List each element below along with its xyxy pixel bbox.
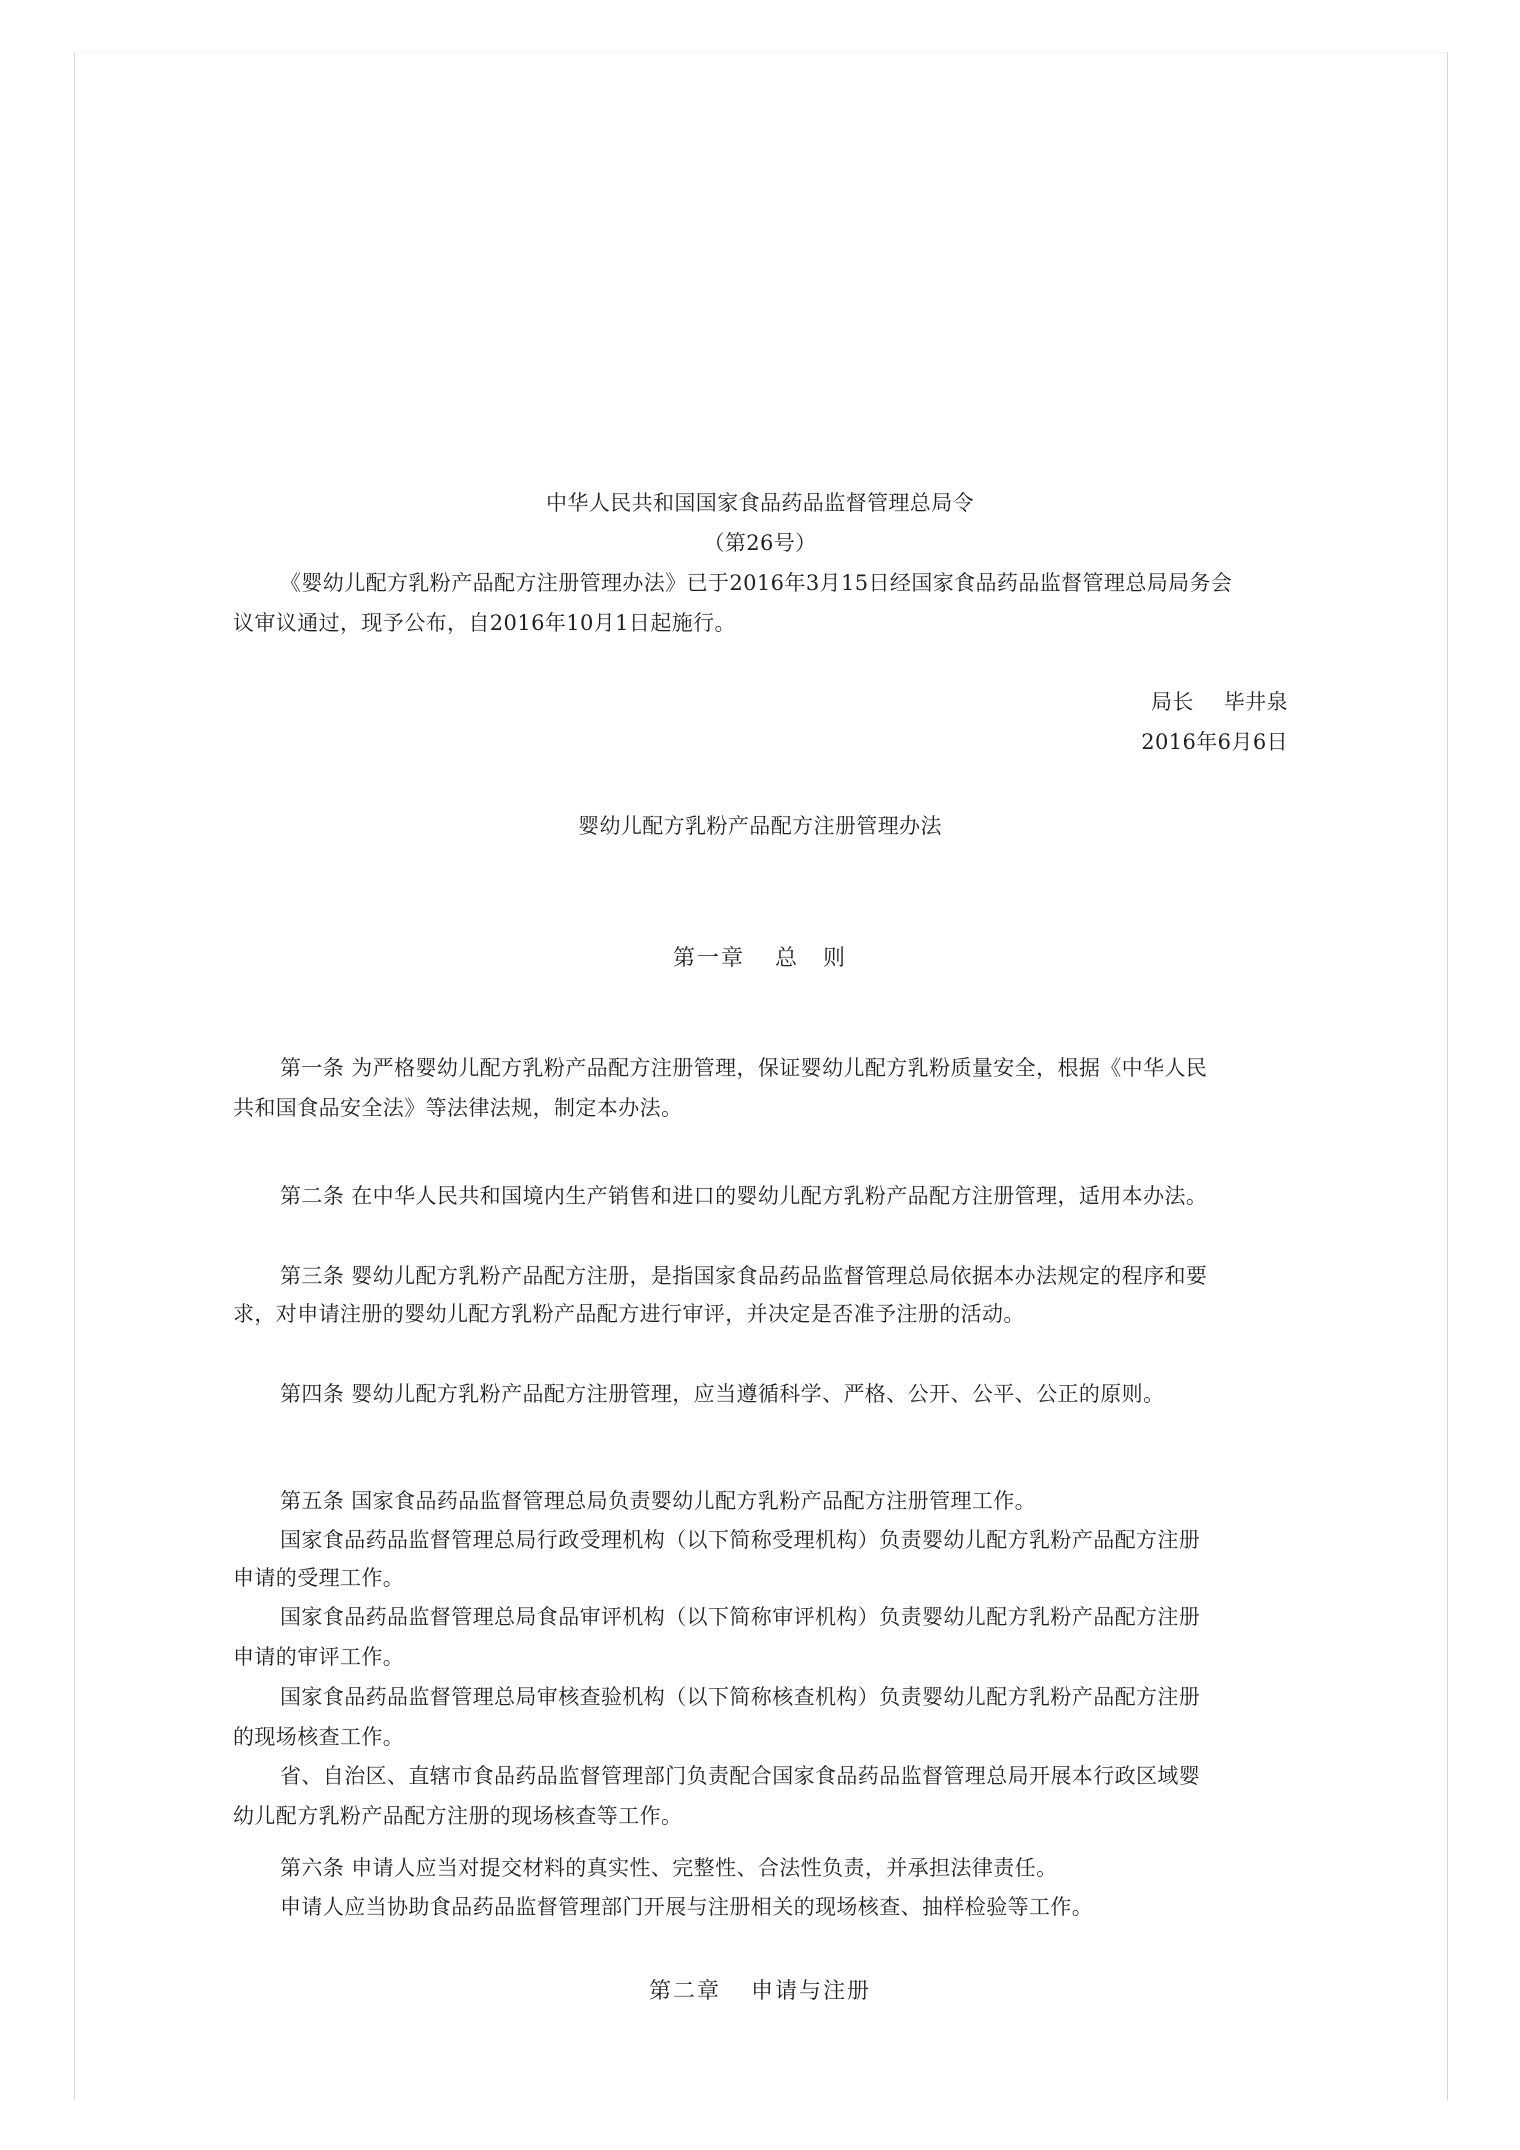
chapter-1-heading: 第一章总 则 (0, 945, 1520, 973)
announcement-line-1: 《婴幼儿配方乳粉产品配方注册管理办法》已于2016年3月15日经国家食品药品监督… (280, 569, 1232, 597)
order-title: 中华人民共和国国家食品药品监督管理总局令 (0, 489, 1520, 517)
chapter-1-number: 第一章 (673, 946, 745, 971)
chapter-2-name: 申请与注册 (751, 1979, 871, 2004)
chapter-1-name: 总 则 (775, 946, 847, 971)
signature-title: 局长 (1151, 690, 1194, 714)
article-5-line-8: 省、自治区、直辖市食品药品监督管理部门负责配合国家食品药品监督管理总局开展本行政… (280, 1762, 1200, 1790)
signature-line: 局长毕井泉 (1151, 688, 1288, 716)
article-6-line-1: 第六条 申请人应当对提交材料的真实性、完整性、合法性负责，并承担法律责任。 (280, 1854, 1057, 1882)
order-number: （第26号） (0, 529, 1520, 557)
law-title: 婴幼儿配方乳粉产品配方注册管理办法 (0, 812, 1520, 840)
article-5-line-2: 国家食品药品监督管理总局行政受理机构（以下简称受理机构）负责婴幼儿配方乳粉产品配… (280, 1526, 1200, 1554)
signature-date: 2016年6月6日 (1141, 728, 1288, 756)
signature-name: 毕井泉 (1224, 690, 1288, 714)
article-5-line-1: 第五条 国家食品药品监督管理总局负责婴幼儿配方乳粉产品配方注册管理工作。 (280, 1487, 1036, 1515)
article-5-line-3: 申请的受理工作。 (233, 1564, 404, 1592)
article-6-line-2: 申请人应当协助食品药品监督管理部门开展与注册相关的现场核查、抽样检验等工作。 (280, 1893, 1093, 1921)
article-2-line-1: 第二条 在中华人民共和国境内生产销售和进口的婴幼儿配方乳粉产品配方注册管理，适用… (280, 1182, 1207, 1210)
article-5-line-9: 幼儿配方乳粉产品配方注册的现场核查等工作。 (233, 1802, 682, 1830)
article-4-line-1: 第四条 婴幼儿配方乳粉产品配方注册管理，应当遵循科学、严格、公开、公平、公正的原… (280, 1380, 1164, 1408)
article-3-line-1: 第三条 婴幼儿配方乳粉产品配方注册，是指国家食品药品监督管理总局依据本办法规定的… (280, 1262, 1207, 1290)
article-5-line-7: 的现场核查工作。 (233, 1723, 404, 1751)
announcement-line-2: 议审议通过，现予公布，自2016年10月1日起施行。 (233, 609, 736, 637)
article-5-line-4: 国家食品药品监督管理总局食品审评机构（以下简称审评机构）负责婴幼儿配方乳粉产品配… (280, 1603, 1200, 1631)
article-5-line-5: 申请的审评工作。 (233, 1643, 404, 1671)
article-5-line-6: 国家食品药品监督管理总局审核查验机构（以下简称核查机构）负责婴幼儿配方乳粉产品配… (280, 1683, 1200, 1711)
article-1-line-1: 第一条 为严格婴幼儿配方乳粉产品配方注册管理，保证婴幼儿配方乳粉质量安全，根据《… (280, 1054, 1207, 1082)
chapter-2-heading: 第二章申请与注册 (0, 1978, 1520, 2006)
chapter-2-number: 第二章 (649, 1979, 721, 2004)
article-1-line-2: 共和国食品安全法》等法律法规，制定本办法。 (233, 1094, 682, 1122)
article-3-line-2: 求，对申请注册的婴幼儿配方乳粉产品配方进行审评，并决定是否准予注册的活动。 (233, 1300, 1025, 1328)
